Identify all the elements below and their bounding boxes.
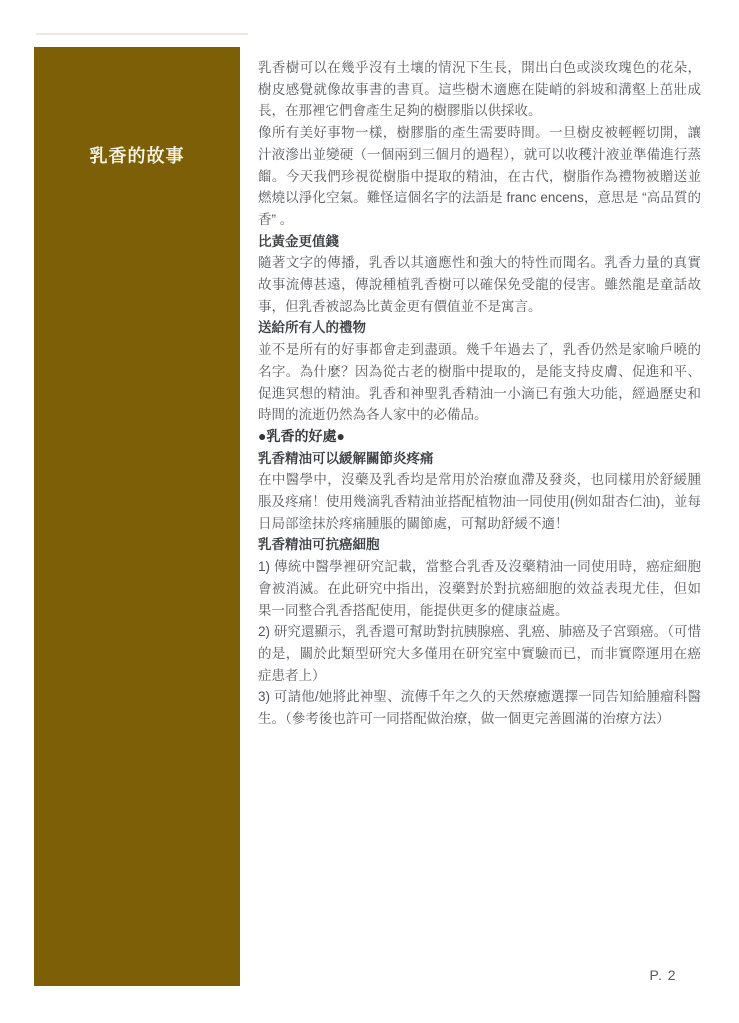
- article-body: 乳香樹可以在幾乎沒有土壤的情況下生長，開出白色或淡玫瑰色的花朵，樹皮感覺就像故事…: [258, 57, 701, 730]
- anti-cancer-item-1: 1) 傳統中醫學裡研究記載，當整合乳香及沒藥精油一同使用時，癌症細胞會被消滅。在…: [258, 556, 701, 621]
- intro-paragraph-1: 乳香樹可以在幾乎沒有土壤的情況下生長，開出白色或淡玫瑰色的花朵，樹皮感覺就像故事…: [258, 57, 701, 122]
- sidebar-panel: 乳香的故事: [34, 47, 240, 986]
- benefits-divider-heading: ●乳香的好處●: [258, 426, 701, 448]
- section-heading-arthritis-relief: 乳香精油可以緩解關節炎疼痛: [258, 448, 701, 470]
- document-page: 乳香的故事 乳香樹可以在幾乎沒有土壤的情況下生長，開出白色或淡玫瑰色的花朵，樹皮…: [0, 0, 739, 1023]
- top-hairline-decoration: [36, 33, 248, 35]
- page-number: P. 2: [638, 967, 688, 983]
- anti-cancer-item-2: 2) 研究還顯示，乳香還可幫助對抗胰腺癌、乳癌、肺癌及子宮頸癌。（可惜的是，關於…: [258, 621, 701, 686]
- section-body-more-valuable-than-gold: 隨著文字的傳播，乳香以其適應性和強大的特性而聞名。乳香力量的真實故事流傳甚遠，傳…: [258, 252, 701, 317]
- section-heading-anti-cancer: 乳香精油可抗癌細胞: [258, 534, 701, 556]
- section-heading-more-valuable-than-gold: 比黃金更值錢: [258, 231, 701, 253]
- section-body-gift-for-everyone: 並不是所有的好事都會走到盡頭。幾千年過去了，乳香仍然是家喻戶曉的名字。為什麼？因…: [258, 339, 701, 426]
- anti-cancer-item-3: 3) 可請他/她將此神聖、流傳千年之久的天然療癒選擇一同告知給腫瘤科醫生。（參考…: [258, 686, 701, 729]
- section-heading-gift-for-everyone: 送給所有人的禮物: [258, 317, 701, 339]
- section-body-arthritis-relief: 在中醫學中，沒藥及乳香均是常用於治療血滯及發炎，也同樣用於舒緩腫脹及疼痛！使用幾…: [258, 469, 701, 534]
- sidebar-title: 乳香的故事: [34, 47, 240, 168]
- intro-paragraph-2: 像所有美好事物一樣，樹膠脂的產生需要時間。一旦樹皮被輕輕切開，讓汁液滲出並變硬（…: [258, 122, 701, 231]
